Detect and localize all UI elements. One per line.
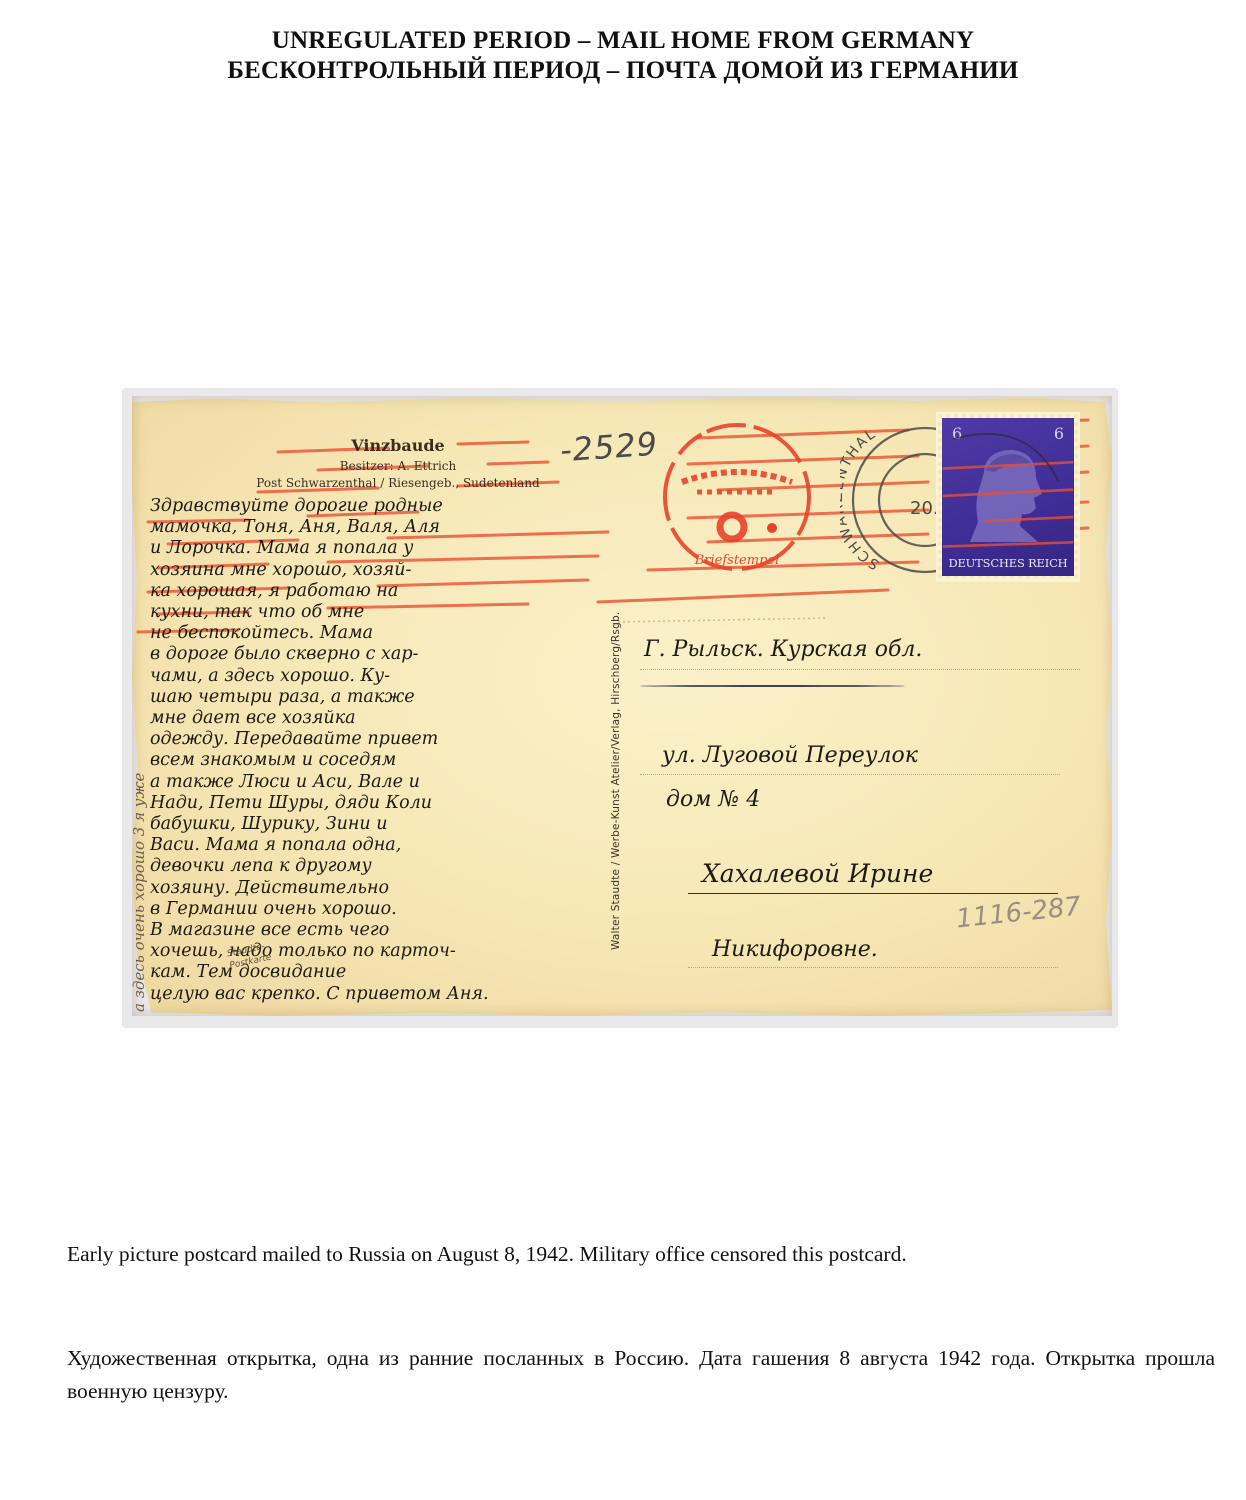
message-line: а также Люси и Аси, Вале и [150,772,620,793]
address-street: ул. Луговой Переулок [662,743,918,768]
message-line: кухни, так что об мне [150,602,620,623]
message-line: и Лорочка. Мама я попала у [150,538,620,559]
address-city: Г. Рыльск. Курская обл. [644,637,922,662]
message-line: Васи. Мама я попала одна, [150,835,620,856]
stamp-face: 6 6 DEUTSCHES REICH [942,418,1074,576]
title-english: UNREGULATED PERIOD – MAIL HOME FROM GERM… [0,26,1246,56]
message-line: в дороге было скверно с хар- [150,644,620,665]
hotel-owner: Besitzer: A. Ettrich [188,459,608,473]
address-patronymic: Никифоровне. [712,937,878,962]
message-line: бабушки, Шурику, Зини и [150,814,620,835]
message-line: хочешь, надо только по карточ- [150,941,620,962]
address-recipient-name: Хахалевой Ирине [702,859,933,888]
dotted-rule [640,774,1060,775]
publisher-line: Walter Staudte / Werbe-Kunst Atelier/Ver… [610,612,622,950]
postage-stamp: 6 6 DEUTSCHES REICH [936,412,1080,582]
message-line: шаю четыри раза, а также [150,687,620,708]
stamp-country: DEUTSCHES REICH [942,556,1074,570]
message-line: В магазине все есть чего [150,920,620,941]
page-title: UNREGULATED PERIOD – MAIL HOME FROM GERM… [0,26,1246,86]
message-line: мамочка, Тоня, Аня, Валя, Аля [150,517,620,538]
handwritten-message: Здравствуйте дорогие родные мамочка, Тон… [150,496,620,1005]
message-line: всем знакомым и соседям [150,750,620,771]
dotted-rule [688,967,1058,968]
stamp-cancel-lines [942,418,1074,576]
message-line: Нади, Пети Шуры, дяди Коли [150,793,620,814]
message-line: мне дает все хозяйка [150,708,620,729]
message-line: хозяину. Действительно [150,878,620,899]
message-line: не беспокойтесь. Мама [150,623,620,644]
dotted-rule [640,669,1080,670]
title-russian: БЕСКОНТРОЛЬНЫЙ ПЕРИОД – ПОЧТА ДОМОЙ ИЗ Г… [0,56,1246,86]
hotel-name: Vinzbaude [188,436,608,455]
message-line: ка хорошая, я работаю на [150,581,620,602]
message-line: кам. Тем досвидание [150,962,620,983]
message-line: целую вас крепко. С приветом Аня. [150,984,620,1005]
ink-underline [640,685,905,687]
reference-number: -2529 [559,425,659,470]
caption-english: Early picture postcard mailed to Russia … [67,1238,1215,1271]
svg-text:Briefstempel: Briefstempel [694,553,780,568]
margin-note: а здесь очень хорошо 3 я уже [130,773,148,1012]
hotel-post-address: Post Schwarzenthal / Riesengeb., Sudeten… [188,476,608,490]
message-line: одежду. Передавайте привет [150,729,620,750]
message-line: девочки лепа к другому [150,856,620,877]
address-house: дом № 4 [666,787,760,812]
postcard-image: Vinzbaude Besitzer: A. Ettrich Post Schw… [128,392,1116,1026]
message-line: в Германии очень хорошо. [150,899,620,920]
caption-russian: Художественная открытка, одна из ранние … [67,1342,1215,1408]
printed-header: Vinzbaude Besitzer: A. Ettrich Post Schw… [188,436,608,490]
censor-stamp: Briefstempel [652,412,822,582]
name-underline [688,893,1058,894]
message-line: чами, а здесь хорошо. Ку- [150,666,620,687]
message-line: Здравствуйте дорогие родные [150,496,620,517]
message-line: хозяина мне хорошо, хозяй- [150,560,620,581]
